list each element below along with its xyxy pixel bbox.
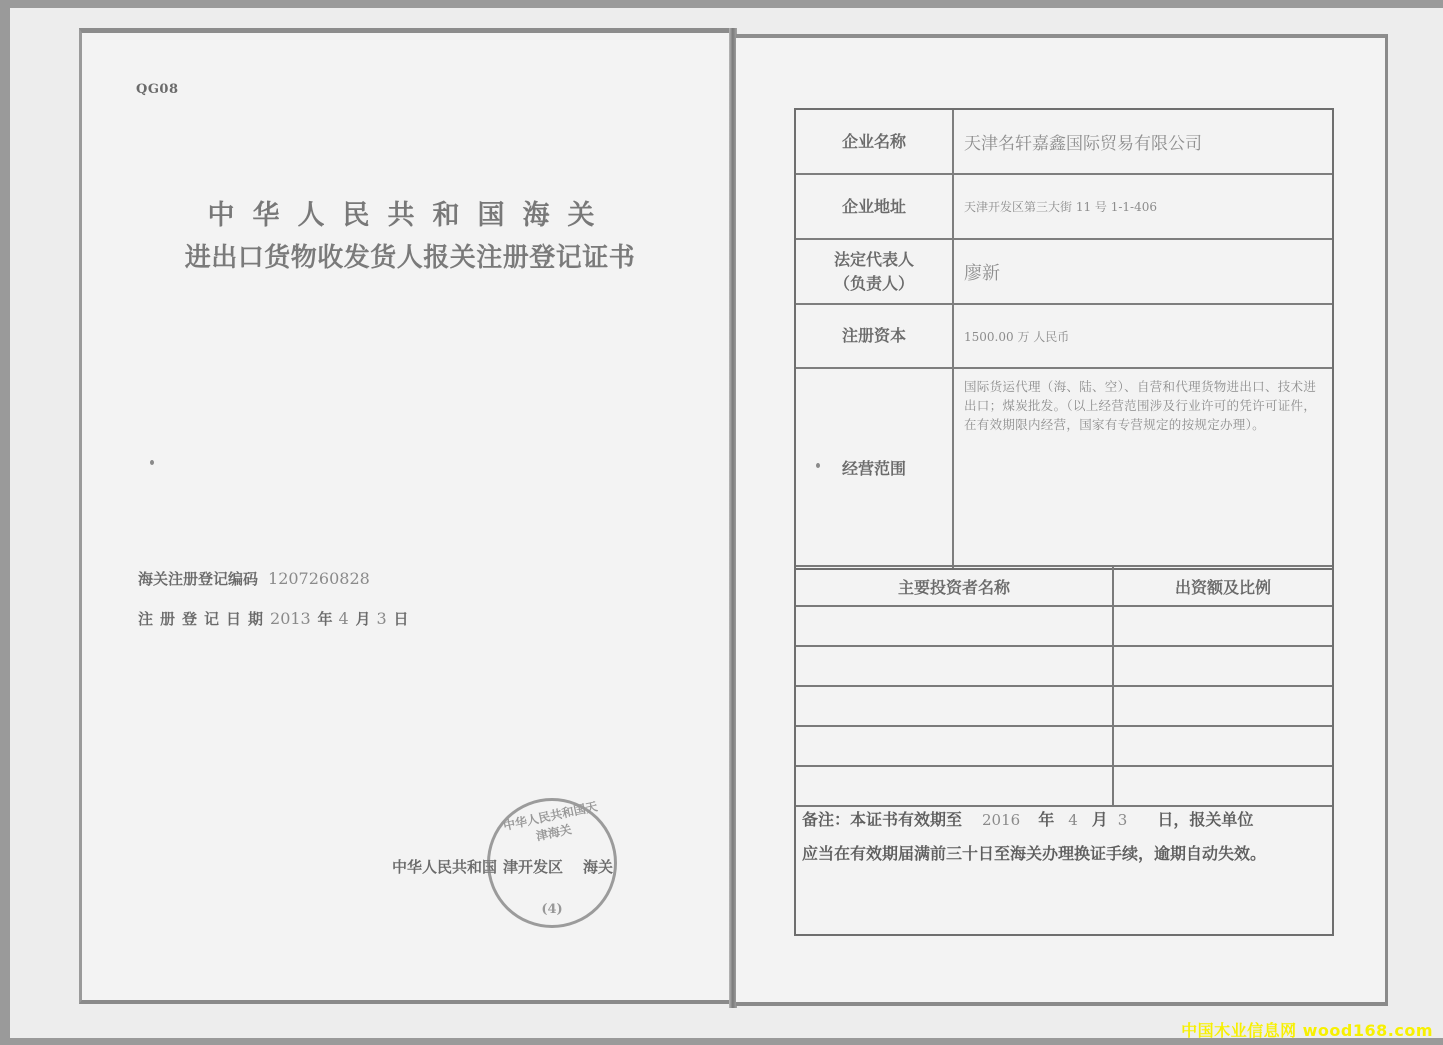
form-code: QG08 [136, 82, 179, 97]
table-row [796, 607, 1332, 647]
issuer-prefix: 中华人民共和国 [392, 858, 497, 876]
remarks-box: 备注：本证书有效期至2016年4月3日，报关单位 应当在有效期届满前三十日至海关… [794, 795, 1334, 936]
remarks-line1: 备注：本证书有效期至2016年4月3日，报关单位 [802, 803, 1326, 837]
expiry-day-unit: 日，报关单位 [1157, 810, 1253, 829]
table-row-business-scope: 经营范围 国际货运代理（海、陆、空）、自营和代理货物进出口、技术进出口；煤炭批发… [796, 369, 1332, 568]
table-row [796, 647, 1332, 687]
registration-date-label: 注册登记日期 [138, 610, 270, 628]
remarks-prefix: 备注：本证书有效期至 [802, 810, 962, 829]
investor-table-header: 主要投资者名称 出资额及比例 [796, 565, 1332, 607]
seal-number: (4) [490, 902, 614, 917]
investment-amount-cell [1114, 687, 1332, 725]
business-scope-label: 经营范围 [796, 369, 954, 568]
investment-amount-header: 出资额及比例 [1114, 567, 1332, 605]
table-row-registered-capital: 注册资本 1500.00 万 人民币 [796, 305, 1332, 369]
investment-amount-cell [1114, 647, 1332, 685]
company-name-label: 企业名称 [796, 110, 954, 173]
remarks-line2: 应当在有效期届满前三十日至海关办理换证手续，逾期自动失效。 [802, 837, 1326, 871]
expiry-month-unit: 月 [1092, 810, 1108, 829]
registration-month: 4 [339, 609, 349, 628]
investor-name-cell [796, 687, 1114, 725]
registration-number-label: 海关注册登记编码 [138, 570, 258, 588]
registration-day: 3 [377, 609, 387, 628]
company-address-value: 天津开发区第三大街 11 号 1-1-406 [954, 175, 1332, 238]
year-unit: 年 [318, 610, 333, 628]
registered-capital-value: 1500.00 万 人民币 [954, 305, 1332, 367]
company-info-table: 企业名称 天津名轩嘉鑫国际贸易有限公司 企业地址 天津开发区第三大街 11 号 … [794, 108, 1334, 570]
business-scope-value: 国际货运代理（海、陆、空）、自营和代理货物进出口、技术进出口；煤炭批发。（以上经… [954, 369, 1332, 568]
site-watermark: 中国木业信息网 wood168.com [1181, 1018, 1433, 1041]
registration-date-line: 注册登记日期2013 年4 月3 日 [138, 608, 415, 629]
registration-number-value: 1207260828 [268, 569, 370, 588]
investor-name-header: 主要投资者名称 [796, 567, 1114, 605]
table-row [796, 727, 1332, 767]
legal-representative-label-line1: 法定代表人 [834, 248, 914, 272]
legal-representative-value: 廖新 [954, 240, 1332, 303]
table-row-company-address: 企业地址 天津开发区第三大街 11 号 1-1-406 [796, 175, 1332, 240]
table-row-company-name: 企业名称 天津名轩嘉鑫国际贸易有限公司 [796, 110, 1332, 175]
registration-year: 2013 [270, 609, 311, 628]
investor-name-cell [796, 647, 1114, 685]
legal-representative-label: 法定代表人 （负责人） [796, 240, 954, 303]
investor-name-cell [796, 607, 1114, 645]
investment-amount-cell [1114, 727, 1332, 765]
month-unit: 月 [356, 610, 371, 628]
day-unit: 日 [393, 610, 408, 628]
certificate-title-authority: 中华人民共和国海关 [100, 193, 720, 232]
legal-representative-label-line2: （负责人） [834, 272, 914, 296]
scan-speck [150, 460, 154, 465]
company-address-label: 企业地址 [796, 175, 954, 238]
company-name-value: 天津名轩嘉鑫国际贸易有限公司 [954, 110, 1332, 173]
expiry-month: 4 [1068, 811, 1078, 829]
investor-table: 主要投资者名称 出资额及比例 [794, 565, 1334, 797]
registration-number-line: 海关注册登记编码1207260828 [138, 568, 370, 589]
expiry-day: 3 [1118, 811, 1128, 829]
investor-name-cell [796, 727, 1114, 765]
official-seal-stamp: 中华人民共和国天津海关 (4) [487, 798, 617, 928]
table-row [796, 687, 1332, 727]
investment-amount-cell [1114, 607, 1332, 645]
expiry-year-unit: 年 [1038, 810, 1054, 829]
registered-capital-label: 注册资本 [796, 305, 954, 367]
expiry-year: 2016 [982, 811, 1020, 829]
table-row-legal-representative: 法定代表人 （负责人） 廖新 [796, 240, 1332, 305]
certificate-title: 进出口货物收发货人报关注册登记证书 [100, 237, 720, 274]
